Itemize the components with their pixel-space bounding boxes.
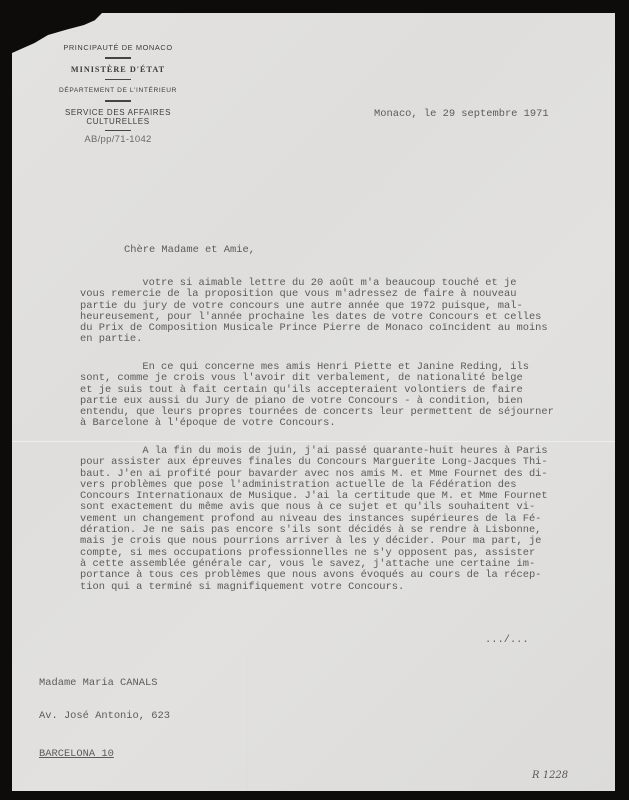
letterhead-rule <box>105 79 131 81</box>
recipient-address: Madame Maria CANALS Av. José Antonio, 62… <box>39 655 170 783</box>
letterhead-service-2: CULTURELLES <box>32 117 204 126</box>
recipient-city: BARCELONA 10 <box>39 749 170 760</box>
letterhead: PRINCIPAUTÉ DE MONACO MINISTÈRE D'ÉTAT D… <box>32 43 204 145</box>
letterhead-rule <box>105 57 131 59</box>
faint-stamp <box>247 653 378 793</box>
paragraph-line: du Prix de Composition Musicale Prince P… <box>80 323 548 334</box>
paragraph-line: sont, comme je crois vous l'avoir dit ve… <box>80 373 554 384</box>
paper-fold <box>12 441 615 442</box>
recipient-name: Madame Maria CANALS <box>39 678 170 689</box>
reference-number: AB/pp/71-1042 <box>32 134 204 145</box>
paragraph-line: pour assister aux épreuves finales du Co… <box>80 457 548 468</box>
letter-page: PRINCIPAUTÉ DE MONACO MINISTÈRE D'ÉTAT D… <box>12 13 615 791</box>
paragraph-line: en partie. <box>80 334 548 345</box>
letterhead-rule <box>105 100 131 102</box>
letterhead-principality: PRINCIPAUTÉ DE MONACO <box>32 43 204 52</box>
paragraph-line: portance à tous ces problèmes que nous a… <box>80 570 548 581</box>
paragraph-line: mais je crois que nous pourrions arriver… <box>80 536 548 547</box>
letterhead-rule <box>105 130 131 132</box>
paragraph-line: à Barcelone à l'époque de votre Concours… <box>80 418 554 429</box>
paragraph-line: tion qui a terminé si magnifiquement vot… <box>80 582 548 593</box>
letterhead-ministry: MINISTÈRE D'ÉTAT <box>32 65 204 74</box>
salutation: Chère Madame et Amie, <box>124 245 255 256</box>
recipient-street: Av. José Antonio, 623 <box>39 711 170 722</box>
paragraph-line: vous remercie de la proposition que vous… <box>80 289 548 300</box>
paragraph-2: En ce qui concerne mes amis Henri Piette… <box>80 362 554 430</box>
letter-date: Monaco, le 29 septembre 1971 <box>374 109 549 120</box>
letterhead-department: DÉPARTEMENT DE L'INTÉRIEUR <box>32 86 204 95</box>
letterhead-service: SERVICE DES AFFAIRES <box>32 108 204 117</box>
paragraph-1: votre si aimable lettre du 20 août m'a b… <box>80 278 548 346</box>
archive-note: R 1228 <box>532 770 568 781</box>
continued-marker: .../... <box>485 635 529 646</box>
paragraph-3: A la fin du mois de juin, j'ai passé qua… <box>80 446 548 593</box>
